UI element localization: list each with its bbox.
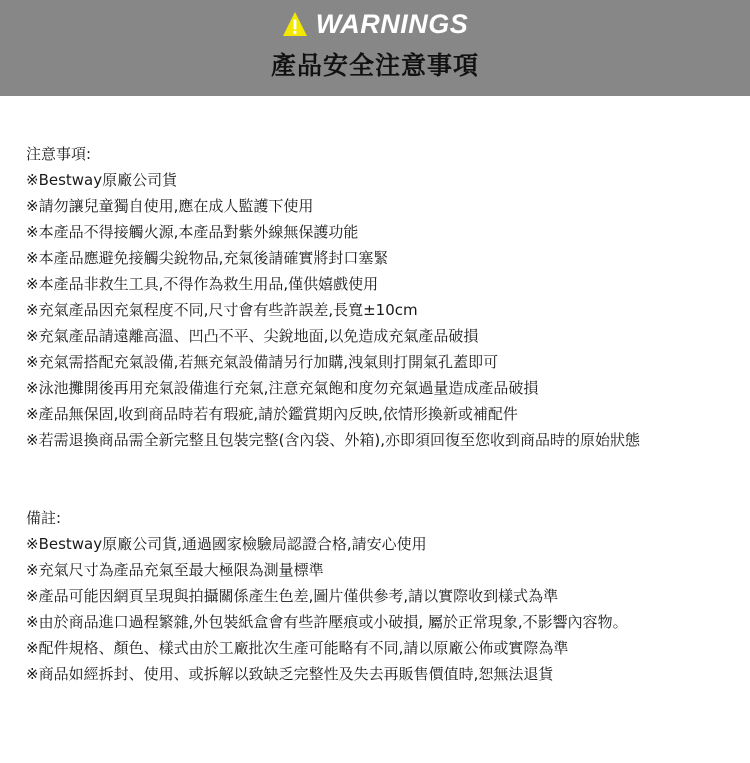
remarks-item: ※商品如經拆封、使用、或拆解以致缺乏完整性及失去再販售價值時,恕無法退貨 bbox=[26, 661, 746, 687]
remarks-item: ※充氣尺寸為產品充氣至最大極限為測量標準 bbox=[26, 557, 746, 583]
remarks-item: ※配件規格、顏色、樣式由於工廠批次生產可能略有不同,請以原廠公佈或實際為準 bbox=[26, 635, 746, 661]
remarks-item: ※由於商品進口過程繁雜,外包裝紙盒會有些許壓痕或小破損, 屬於正常現象,不影響內… bbox=[26, 609, 746, 635]
notes-item: ※充氣產品因充氣程度不同,尺寸會有些許誤差,長寬±10cm bbox=[26, 297, 746, 323]
warning-banner: WARNINGS 產品安全注意事項 bbox=[0, 0, 750, 96]
remarks-item: ※Bestway原廠公司貨,通過國家檢驗局認證合格,請安心使用 bbox=[26, 531, 746, 557]
notes-item: ※若需退換商品需全新完整且包裝完整(含內袋、外箱),亦即須回復至您收到商品時的原… bbox=[26, 427, 746, 453]
notes-item: ※請勿讓兒童獨自使用,應在成人監護下使用 bbox=[26, 193, 746, 219]
notes-item: ※本產品非救生工具,不得作為救生用品,僅供嬉戲使用 bbox=[26, 271, 746, 297]
notes-item: ※充氣需搭配充氣設備,若無充氣設備請另行加購,洩氣則打開氣孔蓋即可 bbox=[26, 349, 746, 375]
notes-item: ※Bestway原廠公司貨 bbox=[26, 167, 746, 193]
remarks-heading: 備註: bbox=[26, 505, 746, 531]
notes-item: ※產品無保固,收到商品時若有瑕疵,請於鑑賞期內反映,依情形換新或補配件 bbox=[26, 401, 746, 427]
remarks-section: 備註: ※Bestway原廠公司貨,通過國家檢驗局認證合格,請安心使用 ※充氣尺… bbox=[26, 505, 746, 687]
notes-section: 注意事項: ※Bestway原廠公司貨 ※請勿讓兒童獨自使用,應在成人監護下使用… bbox=[26, 141, 746, 453]
remarks-item: ※產品可能因網頁呈現與拍攝關係產生色差,圖片僅供參考,請以實際收到樣式為準 bbox=[26, 583, 746, 609]
notes-item: ※本產品不得接觸火源,本產品對紫外線無保護功能 bbox=[26, 219, 746, 245]
notes-item: ※充氣產品請遠離高溫、凹凸不平、尖銳地面,以免造成充氣產品破損 bbox=[26, 323, 746, 349]
warning-triangle-icon bbox=[282, 11, 308, 37]
warning-header-row: WARNINGS bbox=[0, 8, 750, 40]
warnings-label: WARNINGS bbox=[316, 8, 469, 40]
notes-item: ※本產品應避免接觸尖銳物品,充氣後請確實將封口塞緊 bbox=[26, 245, 746, 271]
page-title: 產品安全注意事項 bbox=[0, 49, 750, 83]
notes-item: ※泳池攤開後再用充氣設備進行充氣,注意充氣飽和度勿充氣過量造成產品破損 bbox=[26, 375, 746, 401]
notes-heading: 注意事項: bbox=[26, 141, 746, 167]
